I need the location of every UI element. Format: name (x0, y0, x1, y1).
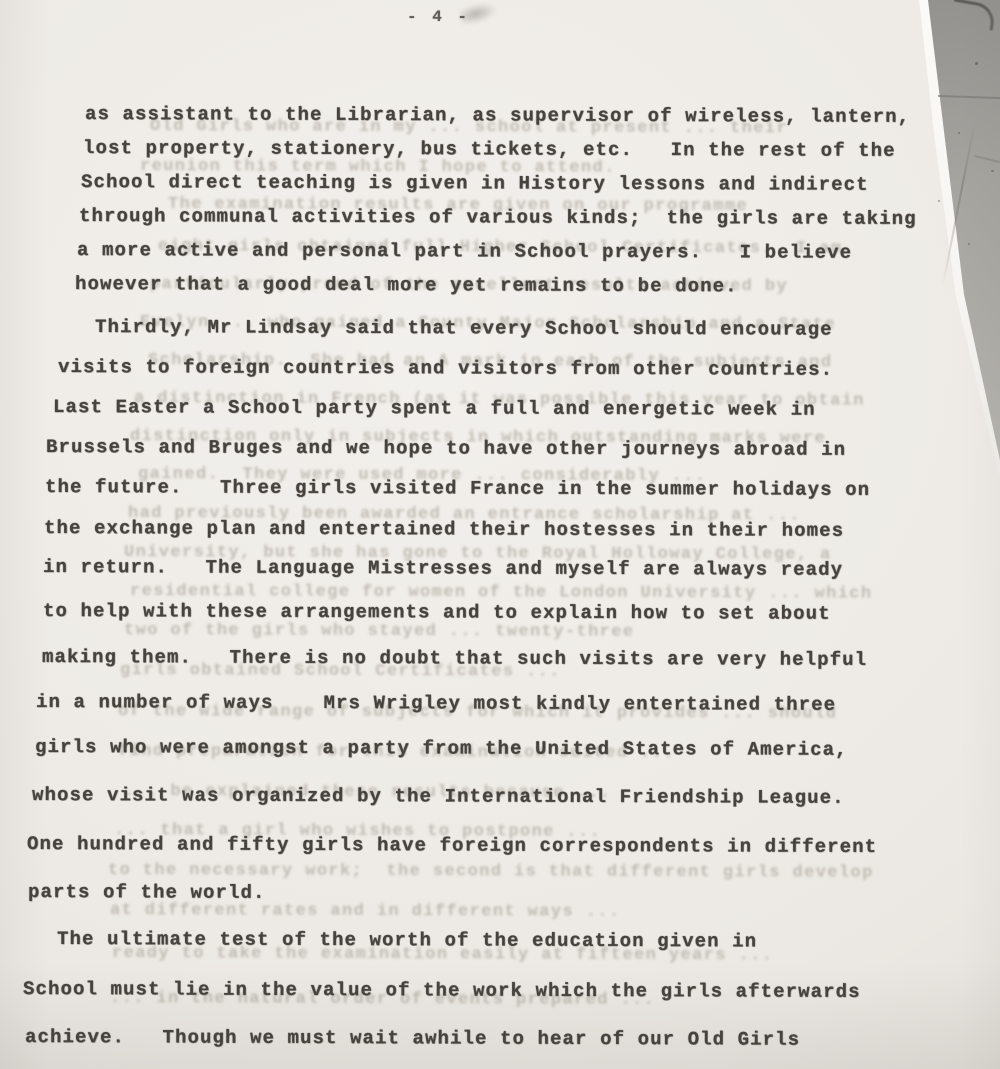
typed-line: One hundred and fifty girls have foreign… (27, 835, 877, 857)
ink-smudge (458, 0, 500, 27)
typed-line: School direct teaching is given in Histo… (81, 173, 869, 195)
bleedthrough-line: two of the girls who stayed ... twenty-t… (124, 622, 635, 641)
scan-speck (991, 170, 994, 172)
typed-line: girls who were amongst a party from the … (35, 738, 848, 760)
typed-line: however that a good deal more yet remain… (75, 275, 738, 296)
typed-line: making them. There is no doubt that such… (42, 648, 867, 670)
scan-speck (975, 62, 978, 65)
scan-speck (958, 132, 960, 134)
typed-line: visits to foreign countries and visitors… (58, 358, 833, 380)
bleedthrough-line: at different rates and in different ways… (110, 902, 621, 921)
typed-line: Thirdly, Mr Lindsay said that every Scho… (95, 318, 833, 340)
typed-line: Brussels and Bruges and we hope to have … (46, 438, 846, 460)
typed-line: the exchange plan and entertained their … (44, 519, 844, 541)
typed-line: in return. The Language Mistresses and m… (43, 558, 843, 580)
typed-line: achieve. Though we must wait awhile to h… (25, 1028, 800, 1050)
typed-line: parts of the world. (28, 883, 266, 903)
scan-speck (968, 243, 970, 245)
bleedthrough-line: to the necessary work; the second is tha… (108, 862, 874, 882)
typed-line: to help with these arrangements and to e… (43, 602, 831, 624)
typed-line: The ultimate test of the worth of the ed… (57, 930, 757, 951)
scanned-document-page: { "document": { "page_number_label": "- … (0, 0, 1000, 1069)
typed-line: in a number of ways Mrs Wrigley most kin… (36, 693, 836, 715)
scan-speck (938, 200, 940, 202)
typed-line: whose visit was organized by the Interna… (32, 786, 845, 808)
bleedthrough-line: residential college for women of the Lon… (130, 583, 873, 603)
typed-line: lost property, stationery, bus tickets, … (83, 139, 896, 161)
typed-line: Last Easter a School party spent a full … (53, 398, 816, 420)
typed-line: a more active and personal part in Schoo… (77, 241, 852, 263)
typed-line: as assistant to the Librarian, as superv… (85, 105, 910, 127)
typed-line: the future. Three girls visited France i… (45, 478, 870, 500)
typed-line: School must lie in the value of the work… (23, 980, 861, 1002)
typed-line: through communal activities of various k… (79, 207, 917, 229)
